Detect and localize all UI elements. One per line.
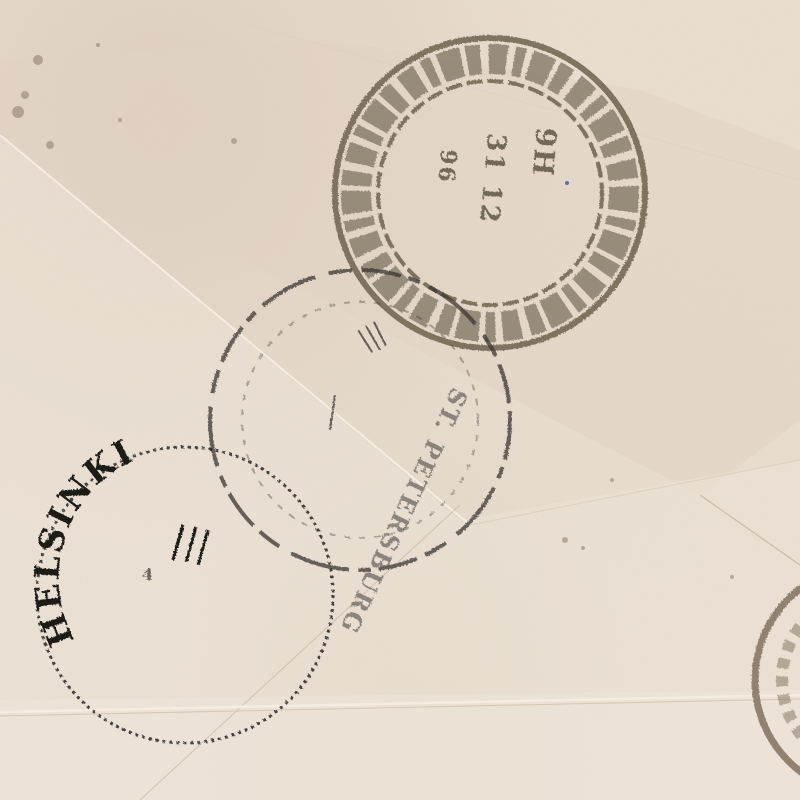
envelope-back: 9H 31 12 96 ST. PETERSBURG: [0, 0, 800, 800]
partial-brown-postmark-right-edge: [0, 0, 800, 800]
